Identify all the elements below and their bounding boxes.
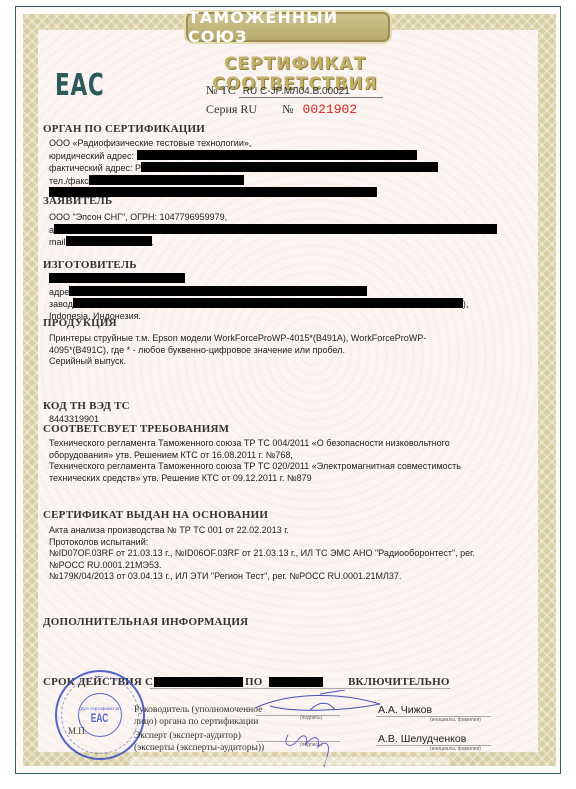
tc-number: RU C-JP.МЛ04.В.00021 (239, 86, 383, 98)
manufacturer-address: адре (49, 286, 519, 299)
redaction (141, 162, 438, 172)
validity-underline (150, 688, 450, 689)
validity-inclusive-label: ВКЛЮЧИТЕЛЬНО (348, 676, 450, 688)
manufacturer-plant: завод), (49, 298, 519, 311)
product-line: 4095*(B491C), где * - любое буквенно-циф… (49, 345, 519, 357)
heading-product: ПРОДУКЦИЯ (43, 317, 117, 329)
tc-number-line: № ТС RU C-JP.МЛ04.В.00021 (206, 83, 383, 98)
printer-imprint (130, 757, 450, 765)
basis-line: №РОСС RU.0001.21МЭ53. (49, 560, 519, 572)
head-name: А.А. Чижов (378, 704, 432, 716)
manufacturer-country: Indonesia, Индонезия. (49, 311, 519, 323)
expert-name: А.В. Шелудченков (378, 733, 466, 745)
actual-address: фактический адрес: Р (49, 162, 519, 175)
manufacturer-name (49, 273, 519, 286)
heading-additional-info: ДОПОЛНИТЕЛЬНАЯ ИНФОРМАЦИЯ (43, 616, 248, 628)
redaction (66, 236, 152, 246)
requirement-line: Технического регламента Таможенного союз… (49, 438, 519, 450)
certificate-number: 0021902 (303, 102, 358, 117)
basis-line: Акта анализа производства № ТР ТС 001 от… (49, 525, 519, 537)
requirement-line: технических средств» утв. Решение КТС от… (49, 473, 519, 485)
head-name-caption: (инициалы, фамилия) (430, 717, 481, 723)
certification-body-accreditation (49, 187, 519, 200)
validity-to-redaction (269, 677, 323, 687)
basis-line: Протоколов испытаний: (49, 537, 519, 549)
product-line: Серийный выпуск. (49, 356, 519, 368)
phone-fax: тел./факс (49, 175, 519, 188)
series-value: RU (240, 102, 257, 116)
validity-to-label: ПО (245, 676, 263, 688)
basis-line: №ID07OF.03RF от 21.03.13 г., №ID06OF.03R… (49, 548, 519, 560)
expert-label: Эксперт (эксперт-аудитор) (эксперты (экс… (134, 730, 264, 754)
heading-hs-code: КОД ТН ВЭД ТС (43, 400, 130, 412)
validity-from-redaction (154, 677, 243, 687)
series-line: Серия RU № 0021902 (206, 102, 357, 117)
heading-applicant: ЗАЯВИТЕЛЬ (43, 195, 112, 207)
expert-name-caption: (инициалы, фамилия) (430, 746, 481, 752)
heading-certification-body: ОРГАН ПО СЕРТИФИКАЦИИ (43, 123, 205, 135)
customs-union-badge: ТАМОЖЕННЫЙ СОЮЗ (186, 12, 390, 42)
seal-eac-logo: ЕАС (91, 711, 109, 725)
applicant-address: а (49, 224, 519, 237)
seal-place-label: М.П. (68, 726, 87, 736)
series-label: Серия (206, 102, 237, 116)
redaction (49, 273, 185, 283)
applicant-name: ООО "Эпсон СНГ", ОГРН: 1047796959979, (49, 212, 519, 224)
head-label: Руководитель (уполномоченное лицо) орган… (134, 704, 262, 728)
manufacturer-text: адре завод), Indonesia, Индонезия. (49, 273, 519, 322)
product-line: Принтеры струйные т.м. Epson модели Work… (49, 333, 519, 345)
requirements-text: Технического регламента Таможенного союз… (49, 438, 519, 484)
redaction (69, 286, 367, 296)
applicant-mail: mail. (49, 236, 519, 249)
certification-body-text: ООО «Радиофизические тестовые технологии… (49, 138, 519, 200)
redaction (137, 150, 417, 160)
eac-logo: ЕАС (55, 68, 104, 103)
certification-body-name: ООО «Радиофизические тестовые технологии… (49, 138, 519, 150)
applicant-text: ООО "Эпсон СНГ", ОГРН: 1047796959979, а … (49, 212, 519, 249)
seal-stamp: Для сертификатов ЕАС (55, 670, 145, 760)
requirement-line: оборудования» утв. Решением КТС от 16.08… (49, 450, 519, 462)
tc-label: № ТС (206, 83, 236, 97)
redaction (89, 175, 244, 185)
number-label: № (282, 102, 293, 116)
heading-requirements: СООТВЕТСВУЕТ ТРЕБОВАНИЯМ (43, 423, 229, 435)
legal-address: юридический адрес: (49, 150, 519, 163)
redaction (54, 224, 497, 234)
head-signature-scribble (250, 690, 390, 720)
basis-text: Акта анализа производства № ТР ТС 001 от… (49, 525, 519, 583)
requirement-line: Технического регламента Таможенного союз… (49, 461, 519, 473)
heading-manufacturer: ИЗГОТОВИТЕЛЬ (43, 259, 137, 271)
heading-basis: СЕРТИФИКАТ ВЫДАН НА ОСНОВАНИИ (43, 509, 268, 521)
basis-line: №179К/04/2013 от 03.04.13 г., ИЛ ЭТИ "Ре… (49, 571, 519, 583)
redaction (73, 298, 463, 308)
product-text: Принтеры струйные т.м. Epson модели Work… (49, 333, 519, 368)
